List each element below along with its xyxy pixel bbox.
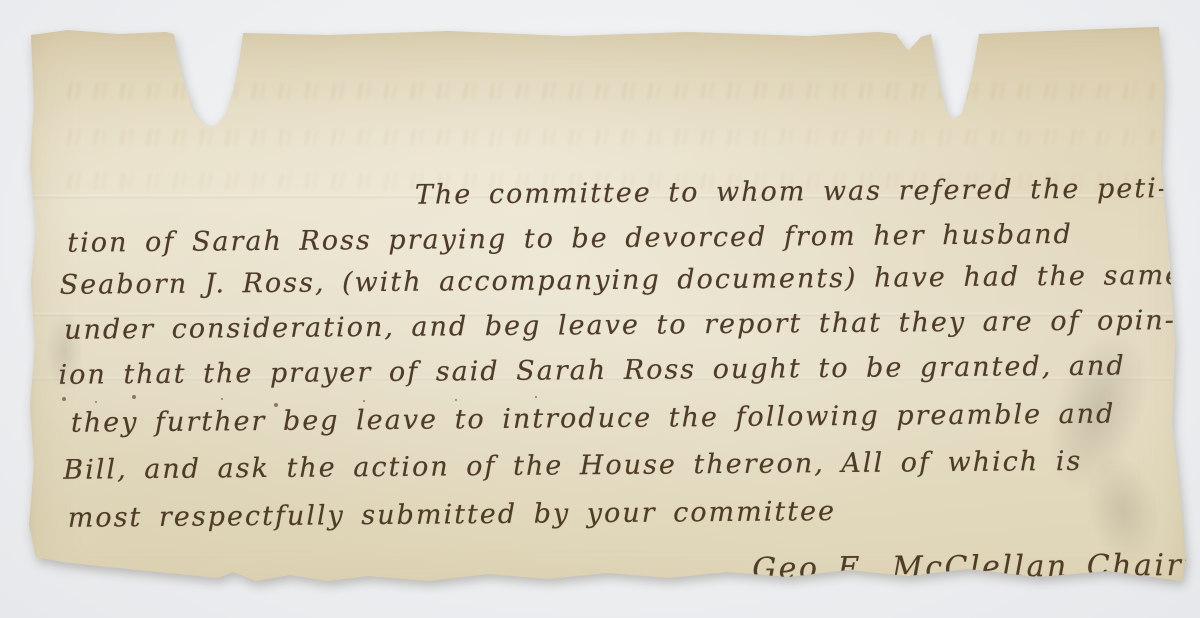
- handwritten-line: ion that the prayer of said Sarah Ross o…: [58, 350, 1125, 390]
- handwritten-line: Bill, and ask the action of the House th…: [63, 446, 1082, 486]
- signature: Geo E. McClellan Chairman: [752, 547, 1200, 586]
- document-paper-shadow: The committee to whom was refered the pe…: [28, 25, 1190, 603]
- handwritten-line: Seaborn J. Ross, (with accompanying docu…: [60, 260, 1184, 301]
- handwritten-text: The committee to whom was refered the pe…: [26, 20, 1193, 608]
- handwritten-line: The committee to whom was refered the pe…: [415, 173, 1169, 211]
- handwritten-line: under consideration, and beg leave to re…: [64, 305, 1176, 346]
- handwritten-line: they further beg leave to introduce the …: [71, 399, 1116, 439]
- document-paper: The committee to whom was refered the pe…: [28, 25, 1190, 603]
- handwritten-line: most respectfully submitted by your comm…: [68, 496, 837, 534]
- scan-background: The committee to whom was refered the pe…: [0, 0, 1200, 618]
- handwritten-line: tion of Sarah Ross praying to be devorce…: [67, 219, 1073, 259]
